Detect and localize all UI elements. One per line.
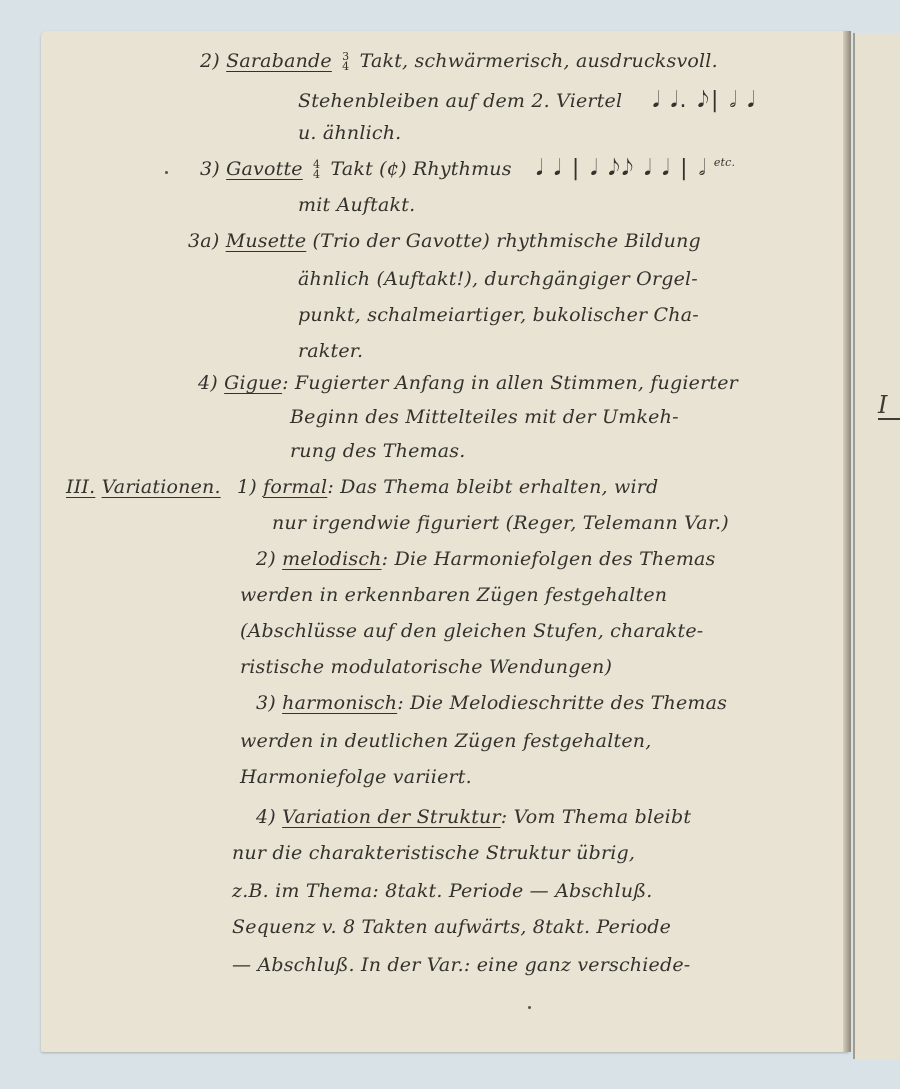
heading-variation-der-struktur: Variation der Struktur (282, 806, 501, 828)
line-18: ristische modulatorische Wendungen) (240, 656, 612, 678)
line-14: nur irgendwie figuriert (Reger, Telemann… (272, 512, 729, 534)
line-text: : Die Melodieschritte des Themas (397, 692, 727, 714)
line-text: : Das Thema bleibt erhalten, wird (327, 476, 658, 498)
time-signature: 44 (313, 160, 320, 180)
heading-musette: Musette (226, 230, 307, 252)
line-24: z.B. im Thema: 8takt. Periode — Abschluß… (232, 880, 652, 902)
line-11: Beginn des Mittelteiles mit der Umkeh- (290, 406, 679, 428)
item-number: 2) (200, 50, 220, 72)
line-26: — Abschluß. In der Var.: eine ganz versc… (232, 954, 690, 976)
line-text: : Vom Thema bleibt (501, 806, 691, 828)
heading-sarabande: Sarabande (226, 50, 332, 72)
line-2: Stehenbleiben auf dem 2. Viertel 𝅘𝅥 𝅘𝅥. … (298, 88, 756, 113)
item-number: 3a) (188, 230, 219, 252)
item-number: 1) (237, 476, 257, 498)
line-12: rung des Themas. (290, 440, 465, 462)
line-text: Takt (¢) Rhythmus (330, 158, 511, 180)
line-variationen: III. Variationen. 1) formal: Das Thema b… (66, 476, 658, 498)
line-3: u. ähnlich. (298, 122, 401, 144)
item-number: 3) (256, 692, 276, 714)
section-roman-numeral: III. (66, 476, 95, 498)
line-17: (Abschlüsse auf den gleichen Stufen, cha… (240, 620, 703, 642)
line-struktur: 4) Variation der Struktur: Vom Thema ble… (256, 806, 691, 828)
line-sarabande: 2) Sarabande 34 Takt, schwärmerisch, aus… (200, 50, 718, 72)
item-number: 2) (256, 548, 276, 570)
line-23: nur die charakteristische Struktur übrig… (232, 842, 635, 864)
item-number: 4) (198, 372, 218, 394)
line-musette: 3a) Musette (Trio der Gavotte) rhythmisc… (188, 230, 701, 252)
item-number: 3) (200, 158, 220, 180)
line-9: rakter. (298, 340, 363, 362)
line-8: punkt, schalmeiartiger, bukolischer Cha- (298, 304, 699, 326)
line-harmonisch: 3) harmonisch: Die Melodieschritte des T… (256, 692, 727, 714)
line-gigue: 4) Gigue: Fugierter Anfang in allen Stim… (198, 372, 738, 394)
ink-dot (165, 171, 168, 174)
line-21: Harmoniefolge variiert. (240, 766, 472, 788)
next-page-mark: I (878, 392, 900, 420)
line-gavotte: 3) Gavotte 44 Takt (¢) Rhythmus 𝅘𝅥 𝅘𝅥 | … (200, 156, 735, 181)
line-20: werden in deutlichen Zügen festgehalten, (240, 730, 651, 752)
line-melodisch: 2) melodisch: Die Harmoniefolgen des The… (256, 548, 716, 570)
line-text: Stehenbleiben auf dem 2. Viertel (298, 90, 622, 112)
line-5: mit Auftakt. (298, 194, 415, 216)
rhythm-notation: 𝅘𝅥 𝅘𝅥 | 𝅘𝅥 𝅘𝅥𝅮𝅘𝅥𝅮 𝅘𝅥 𝅘𝅥 | 𝅗𝅥 (536, 156, 708, 181)
heading-formal: formal (263, 476, 327, 498)
line-7: ähnlich (Auftakt!), durchgängiger Orgel- (298, 268, 698, 290)
next-page-edge (853, 33, 900, 1059)
rhythm-notation: 𝅘𝅥 𝅘𝅥. 𝅘𝅥𝅮| 𝅗𝅥 𝅘𝅥 (653, 88, 757, 113)
heading-melodisch: melodisch (282, 548, 381, 570)
line-text: (Trio der Gavotte) rhythmische Bildung (313, 230, 701, 252)
time-signature: 34 (342, 52, 349, 72)
item-number: 4) (256, 806, 276, 828)
heading-gavotte: Gavotte (226, 158, 303, 180)
line-25: Sequenz v. 8 Takten aufwärts, 8takt. Per… (232, 916, 671, 938)
etc-note: etc. (714, 156, 735, 169)
line-text: : Fugierter Anfang in allen Stimmen, fug… (282, 372, 738, 394)
line-text: : Die Harmoniefolgen des Themas (382, 548, 716, 570)
heading-harmonisch: harmonisch (282, 692, 397, 714)
line-16: werden in erkennbaren Zügen festgehalten (240, 584, 667, 606)
line-text: Takt, schwärmerisch, ausdrucksvoll. (360, 50, 718, 72)
heading-gigue: Gigue (224, 372, 282, 394)
section-heading-variationen: Variationen. (102, 476, 221, 498)
ink-dot (528, 1006, 531, 1009)
